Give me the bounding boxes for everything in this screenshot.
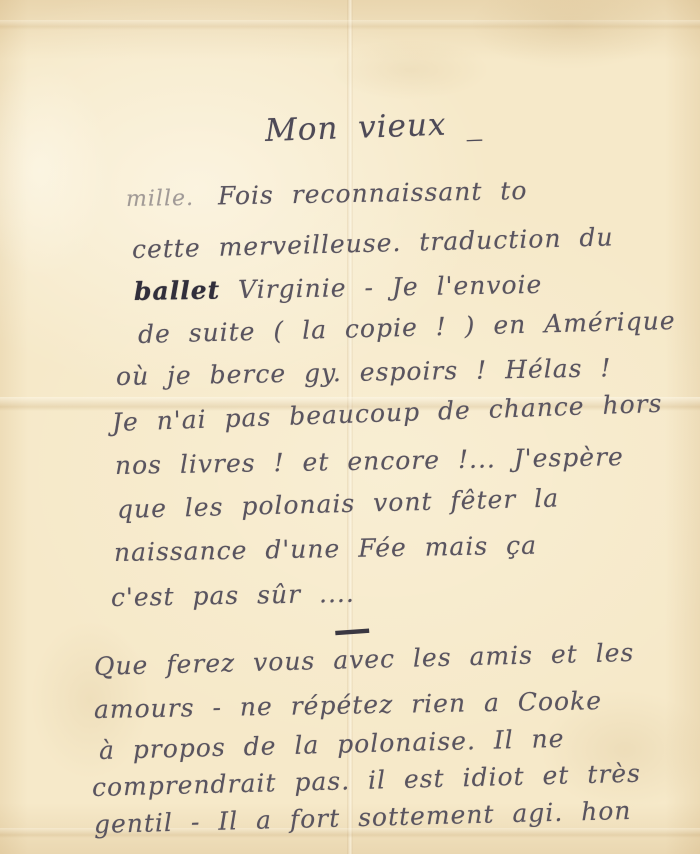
handwritten-line: nos livres ! et encore !... J'espère <box>115 442 624 480</box>
word-ballet-dark-ink: ballet <box>134 275 221 305</box>
salutation: Mon vieux _ <box>264 105 483 149</box>
paper-wrinkle <box>470 0 670 70</box>
line-text: Virginie - Je l'envoie <box>238 270 543 304</box>
handwritten-line: mille.Fois reconnaissant to <box>126 176 528 212</box>
handwritten-line: où je berce gy. espoirs ! Hélas ! <box>116 353 612 391</box>
handwritten-line: amours - ne répétez rien a Cooke <box>94 686 602 724</box>
handwritten-line: Je n'ai pas beaucoup de chance hors <box>111 389 662 437</box>
paper-wrinkle <box>330 40 490 100</box>
paper-highlight <box>0 60 110 280</box>
handwritten-line: ballet Virginie - Je l'envoie <box>134 270 543 306</box>
handwritten-line: à propos de la polonaise. Il ne <box>99 724 565 765</box>
word-mille: mille. <box>126 186 194 212</box>
handwritten-line: que les polonais vont fêter la <box>117 483 560 524</box>
handwritten-line: gentil - Il a fort sottement agi. hon <box>94 796 632 839</box>
handwritten-line: c'est pas sûr .... <box>111 579 355 612</box>
top-fold-crease <box>0 20 700 30</box>
handwritten-line: comprendrait pas. il est idiot et très <box>92 759 642 802</box>
handwritten-line: de suite ( la copie ! ) en Amérique <box>138 306 676 349</box>
handwritten-line: Que ferez vous avec les amis et les <box>94 638 635 681</box>
handwritten-line: naissance d'une Fée mais ça <box>114 531 537 567</box>
letter-page: Mon vieux _ mille.Fois reconnaissant to … <box>0 0 700 854</box>
line-text: Fois reconnaissant to <box>218 176 528 210</box>
handwritten-line: cette merveilleuse. traduction du <box>132 222 614 264</box>
